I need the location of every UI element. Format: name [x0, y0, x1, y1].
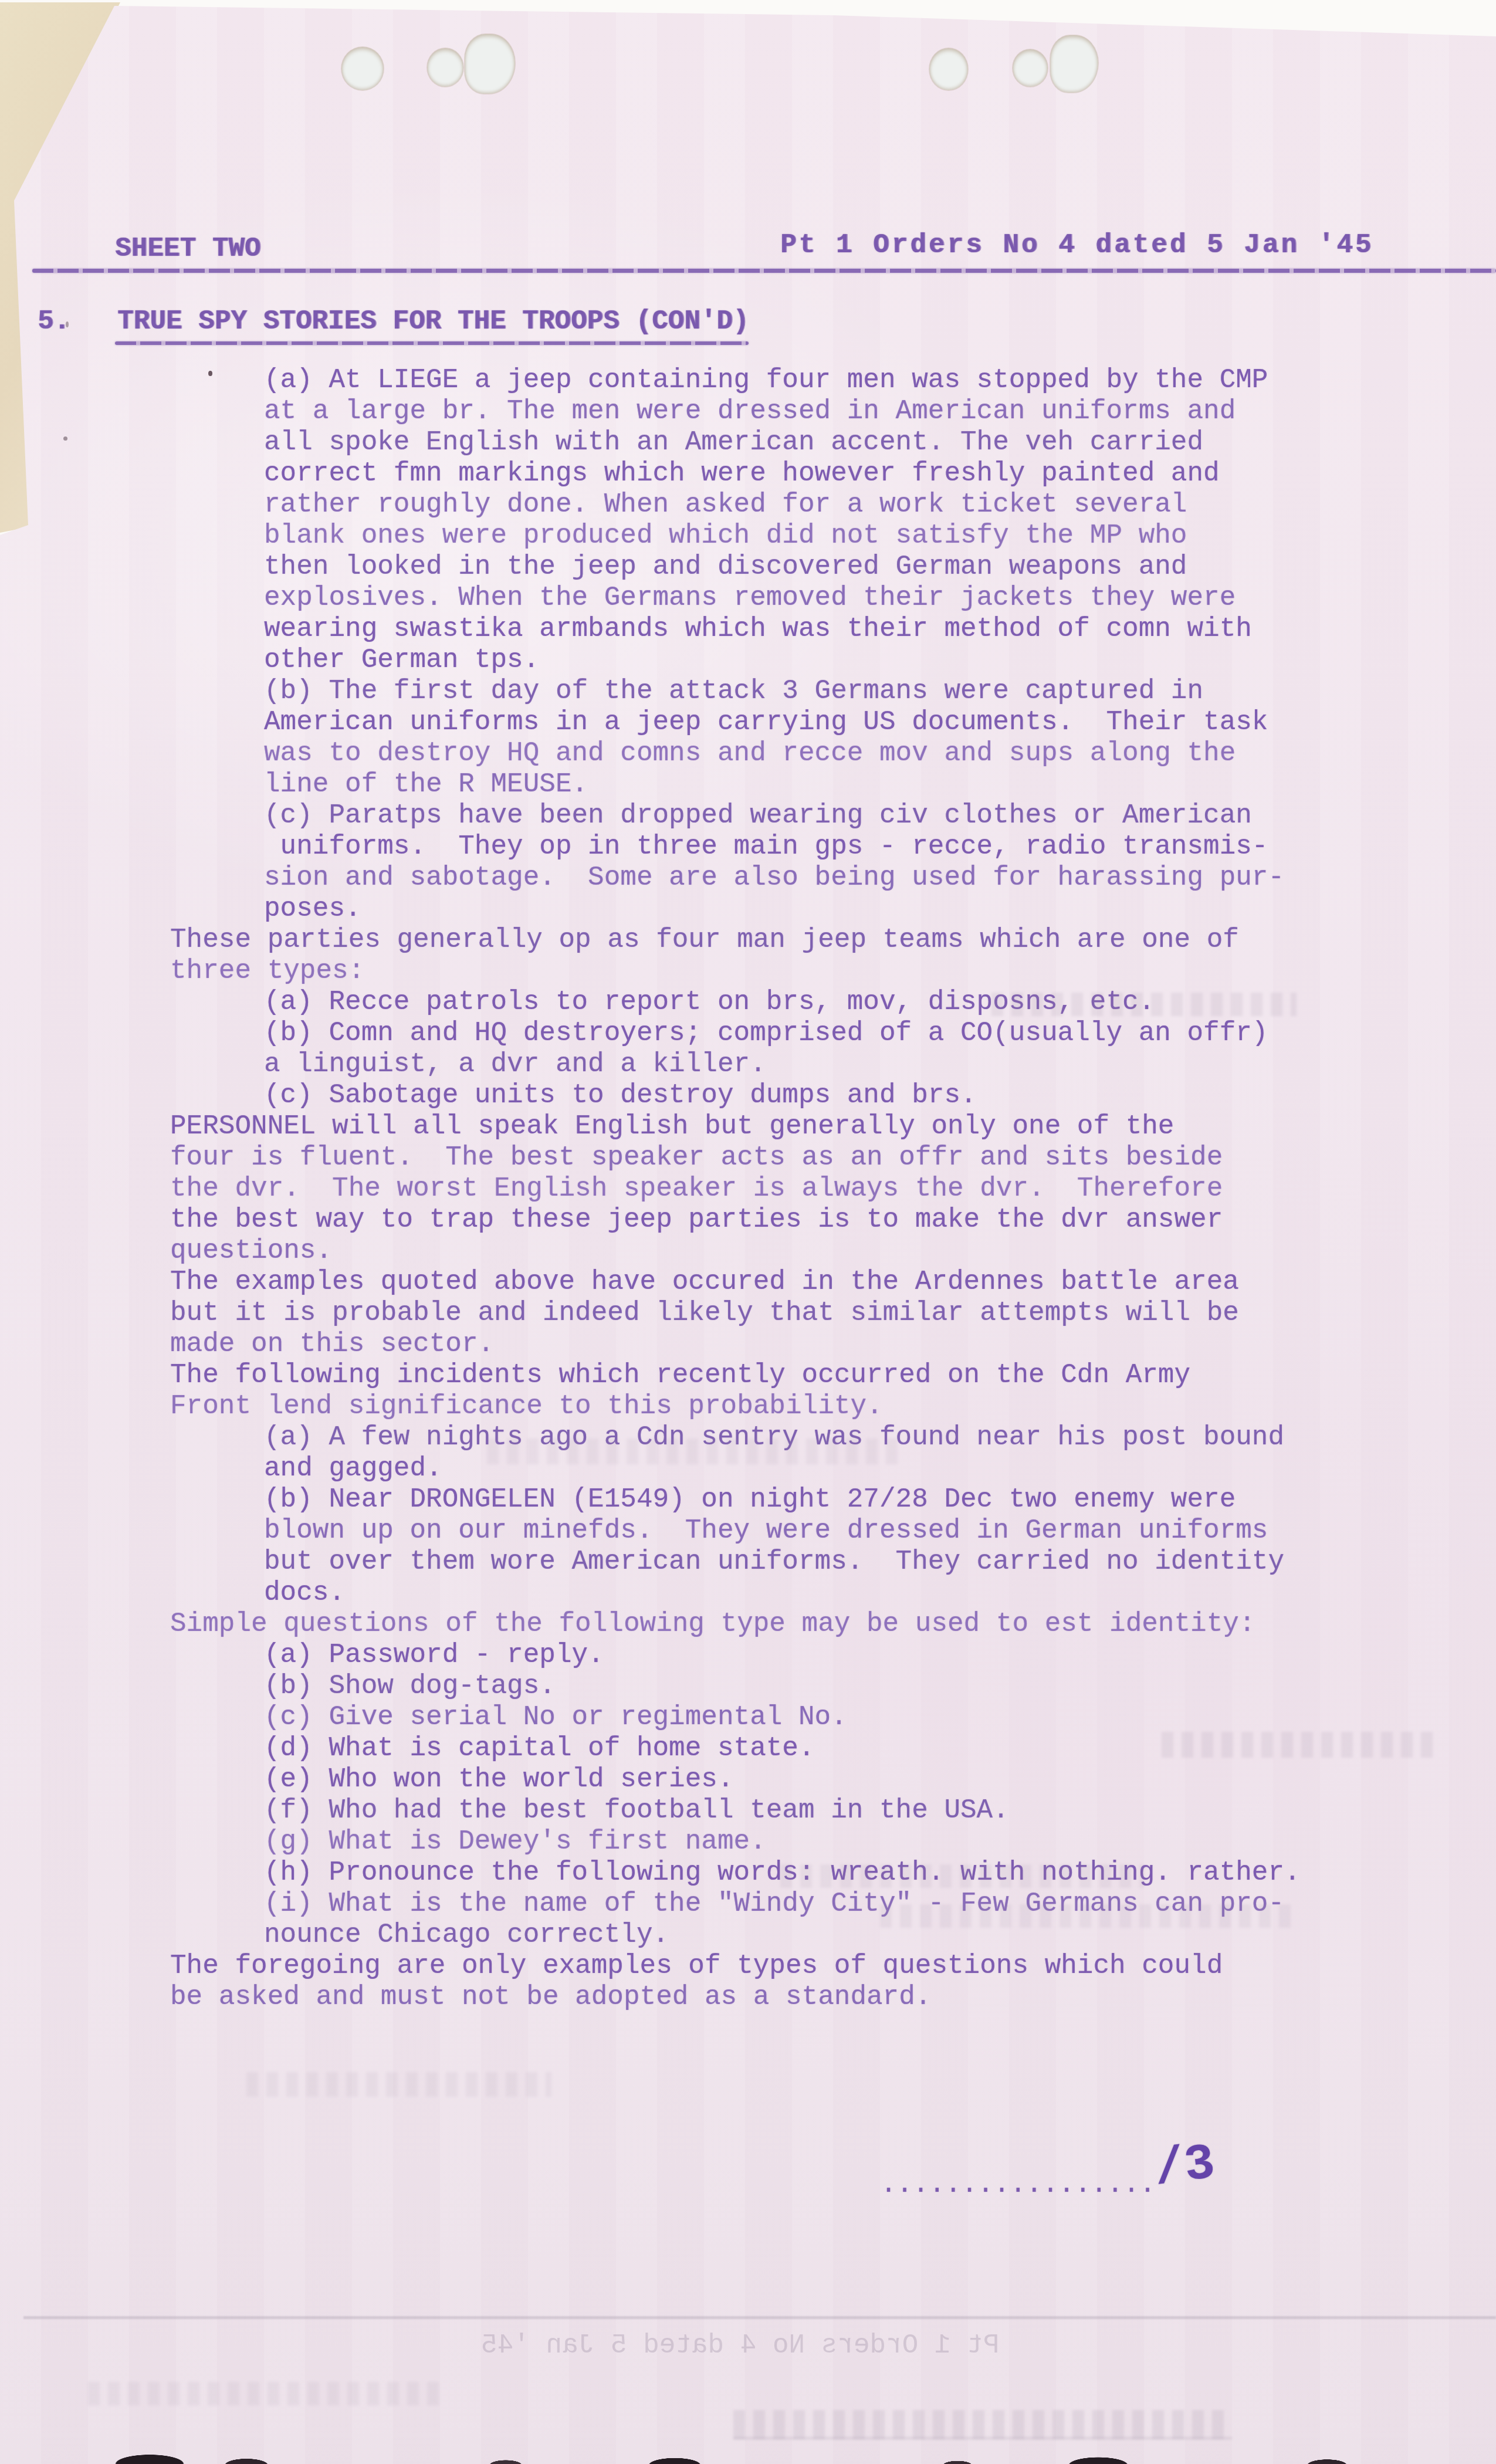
- section-number: 5.: [38, 306, 70, 337]
- document-line: all spoke English with an American accen…: [170, 427, 1496, 458]
- punch-hole: [1013, 49, 1048, 87]
- punch-hole: [465, 34, 515, 94]
- ink-speck: [66, 321, 69, 327]
- document-line: other German tps.: [170, 645, 1496, 676]
- document-line: but it is probable and indeed likely tha…: [170, 1298, 1496, 1329]
- document-line: blown up on our minefds. They were dress…: [170, 1515, 1496, 1546]
- bleedthrough-smudge: [1162, 1732, 1437, 1758]
- document-line: was to destroy HQ and comns and recce mo…: [170, 738, 1496, 769]
- document-line: (c) Paratps have been dropped wearing ci…: [170, 800, 1496, 831]
- bleedthrough-smudge: [246, 2072, 551, 2097]
- orders-reference: Pt 1 Orders No 4 dated 5 Jan '45: [780, 230, 1373, 260]
- punch-hole: [341, 47, 384, 90]
- document-line: line of the R MEUSE.: [170, 769, 1496, 800]
- continuation-dots: .................: [881, 2169, 1156, 2200]
- document-line: Simple questions of the following type m…: [170, 1609, 1496, 1640]
- bleedthrough-smudge: [88, 2382, 440, 2405]
- document-line: correct fmn markings which were however …: [170, 458, 1496, 489]
- punch-hole: [1050, 35, 1098, 93]
- document-line: (b) Near DRONGELEN (E1549) on night 27/2…: [170, 1484, 1496, 1515]
- bleedthrough-smudge: [991, 993, 1297, 1016]
- sheet-title: SHEET TWO: [115, 233, 260, 264]
- document-line: the dvr. The worst English speaker is al…: [170, 1173, 1496, 1204]
- bleedthrough-smudge: [487, 1439, 898, 1464]
- page-continuation: ................./3: [783, 2119, 1216, 2238]
- document-line: (a) Recce patrols to report on brs, mov,…: [170, 987, 1496, 1018]
- page-number: /3: [1151, 2134, 1218, 2199]
- document-page: SHEET TWO Pt 1 Orders No 4 dated 5 Jan '…: [0, 0, 1496, 2464]
- document-line: American uniforms in a jeep carrying US …: [170, 707, 1496, 738]
- document-line: The following incidents which recently o…: [170, 1360, 1496, 1391]
- document-line: (a) Password - reply.: [170, 1640, 1496, 1671]
- document-line: nounce Chicago correctly.: [170, 1920, 1496, 1951]
- section-title-underline: [115, 341, 749, 345]
- document-line: then looked in the jeep and discovered G…: [170, 551, 1496, 583]
- document-line: four is fluent. The best speaker acts as…: [170, 1142, 1496, 1173]
- header-underline: [32, 269, 1496, 273]
- document-line: These parties generally op as four man j…: [170, 925, 1496, 956]
- document-body: (a) At LIEGE a jeep containing four men …: [170, 365, 1496, 2013]
- bleedthrough-smudge: [780, 1864, 1144, 1888]
- document-line: (c) Give serial No or regimental No.: [170, 1702, 1496, 1733]
- document-line: rather roughly done. When asked for a wo…: [170, 489, 1496, 520]
- scanned-document: SHEET TWO Pt 1 Orders No 4 dated 5 Jan '…: [0, 0, 1496, 2464]
- document-line: PERSONNEL will all speak English but gen…: [170, 1111, 1496, 1142]
- ink-speck: [63, 436, 67, 441]
- document-line: a linguist, a dvr and a killer.: [170, 1049, 1496, 1080]
- document-line: poses.: [170, 893, 1496, 925]
- document-line: made on this sector.: [170, 1329, 1496, 1360]
- section-title: TRUE SPY STORIES FOR THE TROOPS (CON'D): [117, 306, 749, 337]
- document-line: (a) At LIEGE a jeep containing four men …: [170, 365, 1496, 396]
- document-line: the best way to trap these jeep parties …: [170, 1204, 1496, 1236]
- document-line: at a large br. The men were dressed in A…: [170, 396, 1496, 427]
- document-line: questions.: [170, 1236, 1496, 1267]
- document-line: The examples quoted above have occured i…: [170, 1267, 1496, 1298]
- document-line: but over them wore American uniforms. Th…: [170, 1546, 1496, 1578]
- bleedthrough-rule: [23, 2316, 1496, 2319]
- document-line: blank ones were produced which did not s…: [170, 520, 1496, 551]
- document-line: (e) Who won the world series.: [170, 1764, 1496, 1795]
- torn-bottom-edge: [0, 2429, 1496, 2464]
- document-line: docs.: [170, 1578, 1496, 1609]
- document-line: Front lend significance to this probabil…: [170, 1391, 1496, 1422]
- bleedthrough-text: Pt 1 Orders No 4 dated 5 Jan '45: [481, 2330, 999, 2361]
- document-line: (b) Show dog-tags.: [170, 1671, 1496, 1702]
- document-line: (b) The first day of the attack 3 German…: [170, 676, 1496, 707]
- document-line: (f) Who had the best football team in th…: [170, 1795, 1496, 1826]
- document-line: (i) What is the name of the "Windy City"…: [170, 1888, 1496, 1920]
- document-line: three types:: [170, 956, 1496, 987]
- ink-speck: [208, 371, 212, 376]
- document-line: uniforms. They op in three main gps - re…: [170, 831, 1496, 862]
- document-line: be asked and must not be adopted as a st…: [170, 1982, 1496, 2013]
- document-line: wearing swastika armbands which was thei…: [170, 614, 1496, 645]
- bleedthrough-smudge: [880, 1904, 1291, 1928]
- document-line: explosives. When the Germans removed the…: [170, 583, 1496, 614]
- document-line: The foregoing are only examples of types…: [170, 1951, 1496, 1982]
- document-line: (c) Sabotage units to destroy dumps and …: [170, 1080, 1496, 1111]
- document-line: (g) What is Dewey's first name.: [170, 1826, 1496, 1857]
- document-line: (b) Comn and HQ destroyers; comprised of…: [170, 1018, 1496, 1049]
- punch-hole: [427, 48, 463, 87]
- punch-hole: [929, 48, 968, 90]
- document-line: sion and sabotage. Some are also being u…: [170, 862, 1496, 893]
